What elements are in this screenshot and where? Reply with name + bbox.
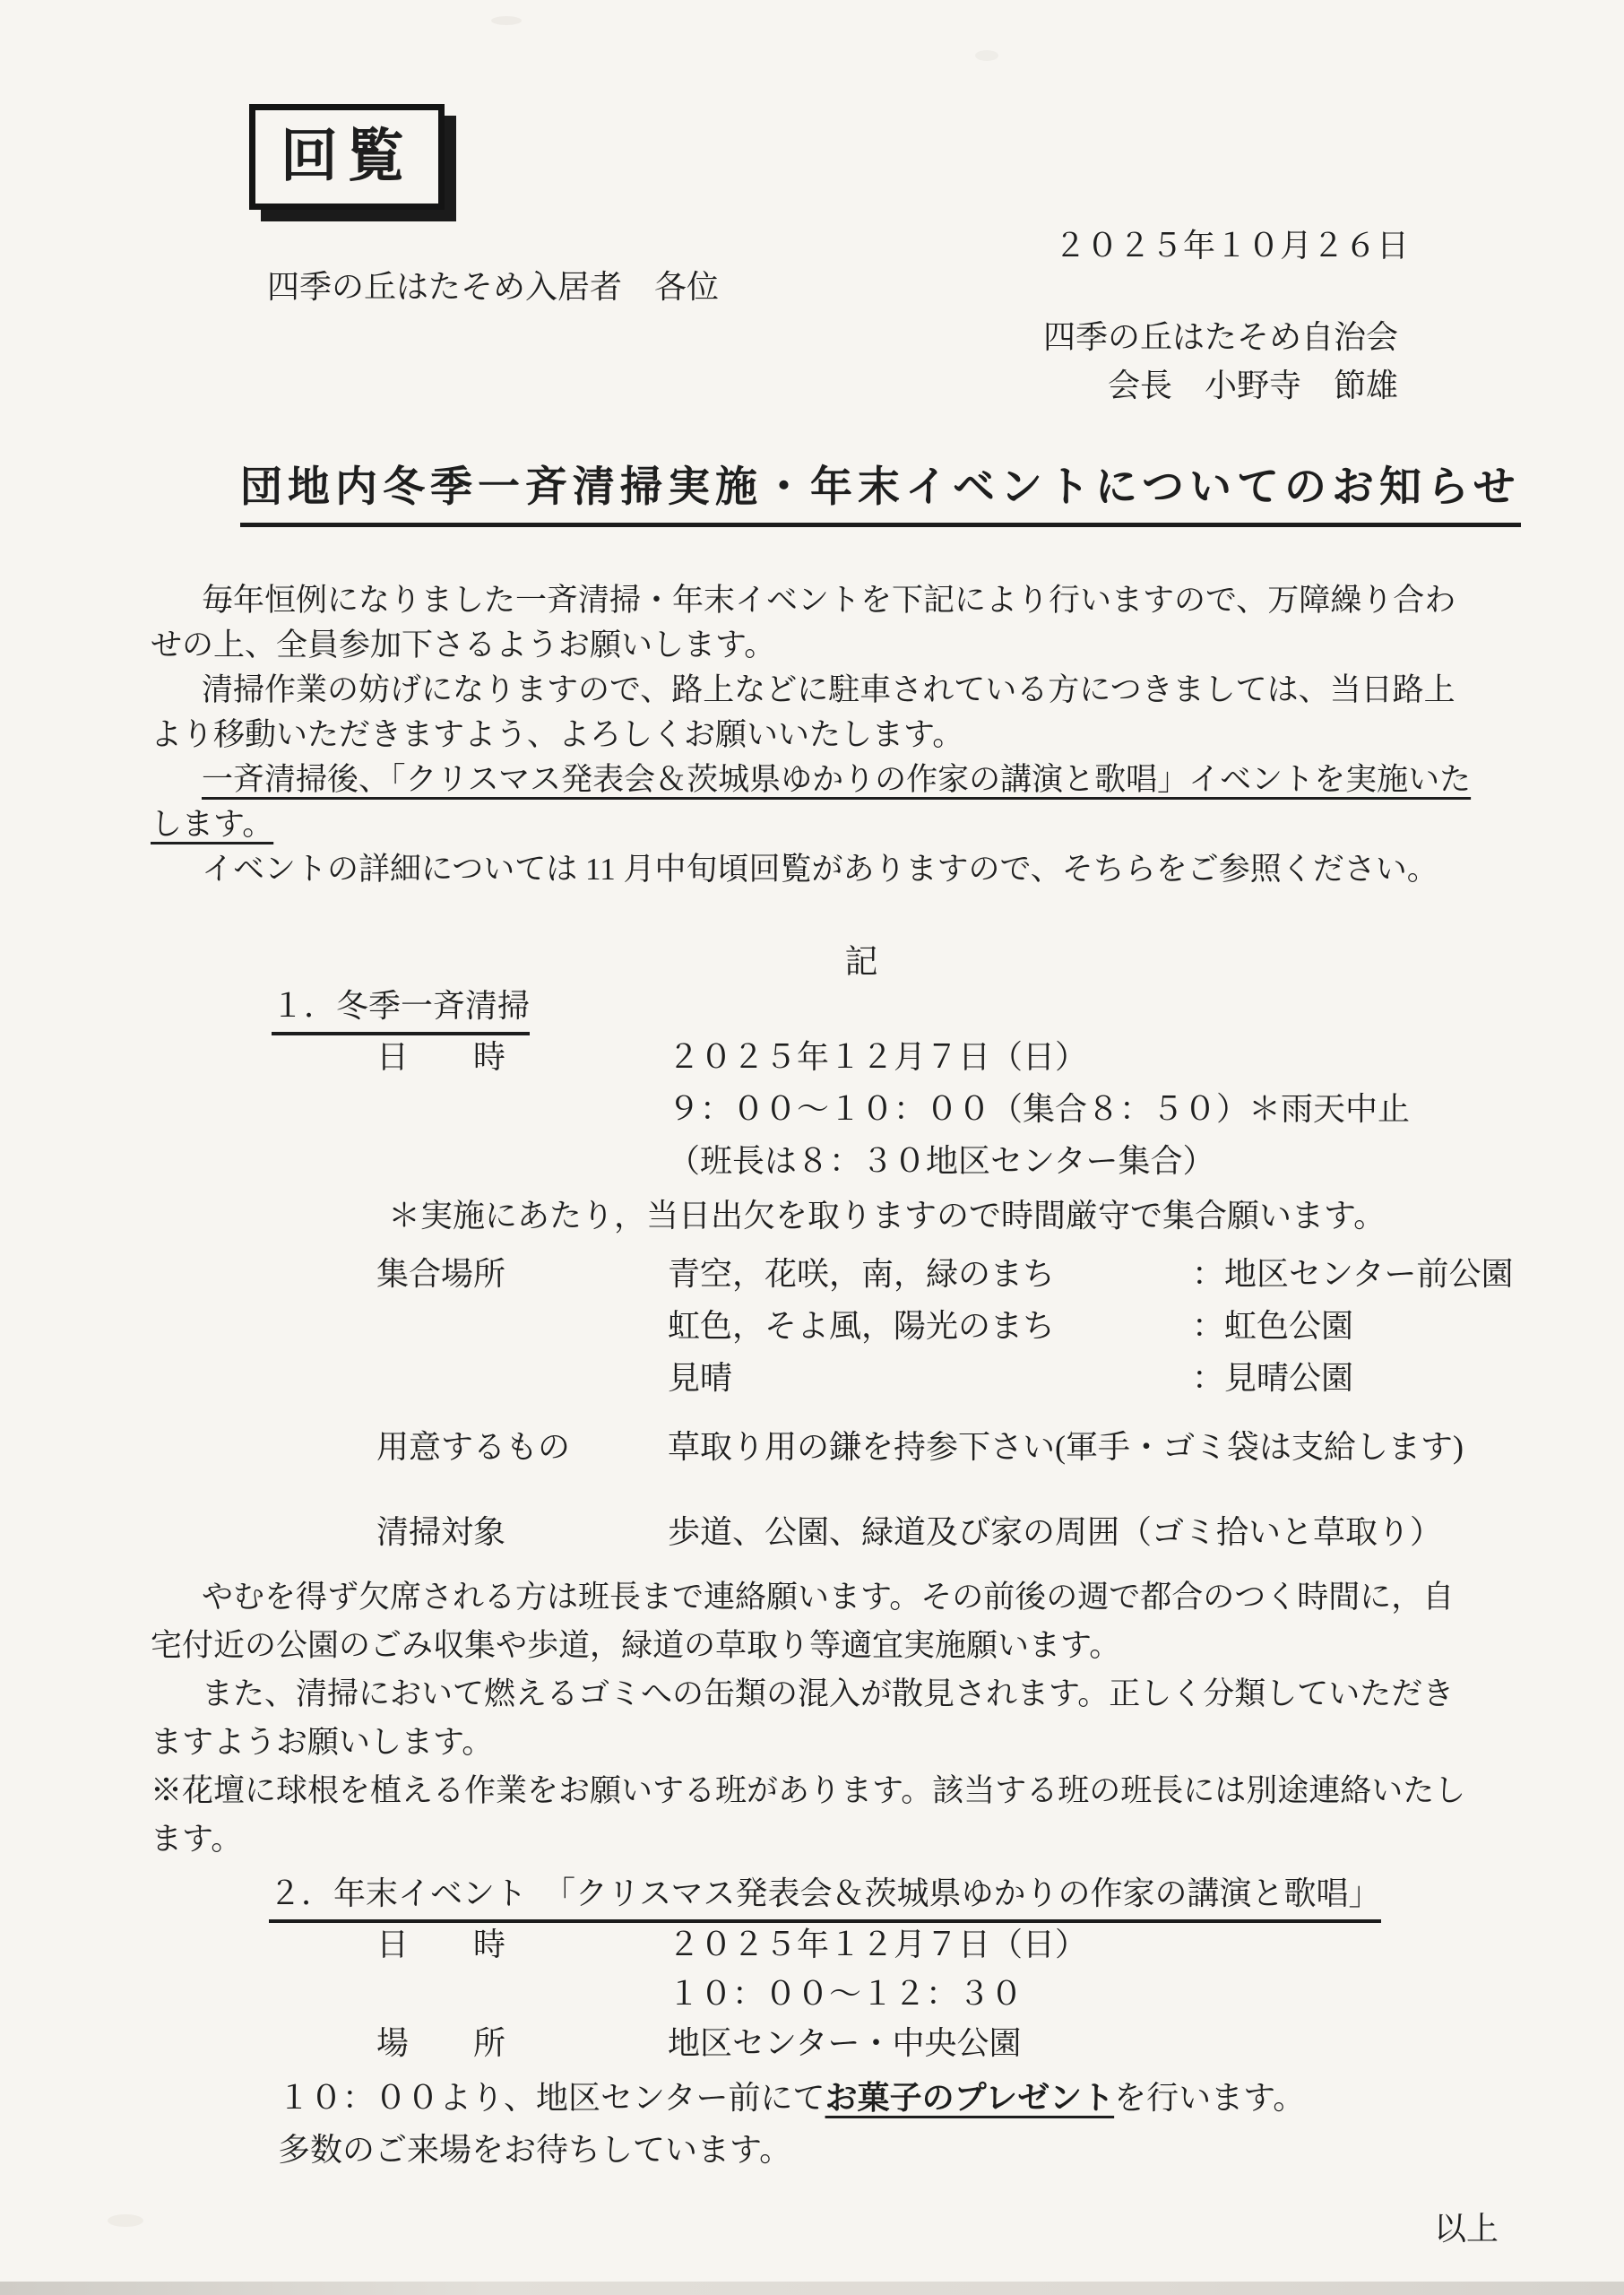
meeting-park: ：地区センター前公園: [1192, 1248, 1514, 1300]
section2-time-line: １０：００～１２：３０: [668, 1969, 1023, 2014]
kairan-stamp-box: 回覧: [249, 104, 445, 210]
closing-line-1-post: を行います。: [1114, 2080, 1305, 2116]
section1-target-row: 清掃対象 歩道、公園、緑道及び家の周囲（ゴミ拾いと草取り）: [376, 1506, 1442, 1558]
section1-target-value: 歩道、公園、緑道及び家の周囲（ゴミ拾いと草取り）: [668, 1506, 1442, 1558]
sender-chairman: 会長 小野寺 節雄: [1108, 360, 1398, 406]
kairan-stamp-text: 回覧: [281, 125, 413, 188]
section2-datetime-label: 日 時: [376, 1918, 668, 1970]
notice-title: 団地内冬季一斉清掃実施・年末イベントについてのお知らせ: [240, 454, 1521, 527]
notes-paragraph-1: やむを得ず欠席される方は班長まで連絡願います。その前後の週で都合のつく時間に，自…: [151, 1573, 1481, 1670]
meeting-place-item: 見晴 ：見晴公園: [668, 1352, 1514, 1404]
scan-smudge: [975, 50, 998, 61]
section1-meeting-label: 集合場所: [376, 1248, 668, 1404]
meeting-park: ：見晴公園: [1192, 1352, 1353, 1404]
scan-smudge: [108, 2214, 143, 2227]
section1-datetime-line: ９：００～１０：００（集合８：５０）＊雨天中止: [668, 1083, 1410, 1135]
scan-smudge: [491, 16, 522, 25]
notes-paragraphs: やむを得ず欠席される方は班長まで連絡願います。その前後の週で都合のつく時間に，自…: [151, 1573, 1481, 1864]
intro-paragraph-2: 清掃作業の妨げになりますので、路上などに駐車されている方につきましては、当日路上…: [151, 668, 1477, 758]
notes-paragraph-3: ※花壇に球根を植える作業をお願いする班があります。該当する班の班長には別途連絡い…: [151, 1767, 1481, 1864]
meeting-place-item: 青空，花咲，南，緑のまち ：地区センター前公園: [668, 1248, 1514, 1300]
intro-paragraph-3-underlined: 一斉清掃後、「クリスマス発表会＆茨城県ゆかりの作家の講演と歌唱」イベントを実施い…: [151, 758, 1477, 847]
closing-line-2: 多数のご来場をお待ちしています。: [278, 2125, 791, 2170]
section2-datetime-row: 日 時 ２０２５年１２月７日（日）: [376, 1918, 1087, 1970]
section1-bring-value: 草取り用の鎌を持参下さい(軍手・ゴミ袋は支給します): [668, 1421, 1464, 1473]
section1-datetime-line: ２０２５年１２月７日（日）: [668, 1031, 1410, 1083]
intro-paragraphs: 毎年恒例になりました一斉清掃・年末イベントを下記により行いますので、万障繰り合わ…: [151, 578, 1477, 892]
notes-paragraph-2: また、清掃において燃えるゴミへの缶類の混入が散見されます。正しく分類していただき…: [151, 1670, 1481, 1767]
closing-line-1-pre: １０：００より、地区センター前にて: [278, 2080, 825, 2116]
section2-place-row: 場 所 地区センター・中央公園: [376, 2017, 1022, 2069]
section2-place-value: 地区センター・中央公園: [668, 2017, 1022, 2069]
section1-datetime-line: （班長は８：３０地区センター集合）: [668, 1135, 1410, 1187]
section1-heading: １．冬季一斉清掃: [272, 981, 530, 1035]
closing-line-1: １０：００より、地区センター前にてお菓子のプレゼントを行います。: [278, 2073, 1305, 2118]
section1-target-label: 清掃対象: [376, 1506, 668, 1558]
section1-meeting-place-row: 集合場所 青空，花咲，南，緑のまち ：地区センター前公園 虹色，そよ風，陽光のま…: [376, 1248, 1514, 1404]
section1-bring-row: 用意するもの 草取り用の鎌を持参下さい(軍手・ゴミ袋は支給します): [376, 1421, 1464, 1473]
closing-line-1-gift-emphasis: お菓子のプレゼント: [825, 2079, 1115, 2116]
addressee-line: 四季の丘はたそめ入居者 各位: [267, 262, 719, 307]
section1-attendance-note: ＊実施にあたり，当日出欠を取りますので時間厳守で集合願います。: [388, 1191, 1386, 1236]
meeting-park: ：虹色公園: [1192, 1300, 1353, 1352]
document-date: ２０２５年１０月２６日: [1054, 221, 1409, 266]
sender-organization: 四季の丘はたそめ自治会: [1043, 312, 1398, 358]
section1-datetime-row: 日 時 ２０２５年１２月７日（日） ９：００～１０：００（集合８：５０）＊雨天中…: [376, 1031, 1410, 1187]
section2-heading: ２．年末イベント 「クリスマス発表会＆茨城県ゆかりの作家の講演と歌唱」: [269, 1868, 1381, 1923]
scanned-notice-page: 回覧 ２０２５年１０月２６日 四季の丘はたそめ入居者 各位 四季の丘はたそめ自治…: [0, 0, 1624, 2295]
section1-datetime-label: 日 時: [376, 1031, 668, 1187]
meeting-place-item: 虹色，そよ風，陽光のまち ：虹色公園: [668, 1300, 1514, 1352]
section2-place-label: 場 所: [376, 2017, 668, 2069]
meeting-area: 青空，花咲，南，緑のまち: [668, 1248, 1192, 1300]
intro-paragraph-1: 毎年恒例になりました一斉清掃・年末イベントを下記により行いますので、万障繰り合わ…: [151, 578, 1477, 668]
intro-paragraph-4: イベントの詳細については 11 月中旬頃回覧がありますので、そちらをご参照くださ…: [151, 847, 1477, 892]
section2-datetime-line: ２０２５年１２月７日（日）: [668, 1918, 1087, 1970]
scan-edge-shadow: [0, 2282, 1624, 2295]
record-marker: 記: [99, 934, 1624, 983]
document-end-marker: 以上: [1434, 2204, 1499, 2249]
meeting-area: 虹色，そよ風，陽光のまち: [668, 1300, 1192, 1352]
meeting-area: 見晴: [668, 1352, 1192, 1404]
section1-bring-label: 用意するもの: [376, 1421, 668, 1473]
